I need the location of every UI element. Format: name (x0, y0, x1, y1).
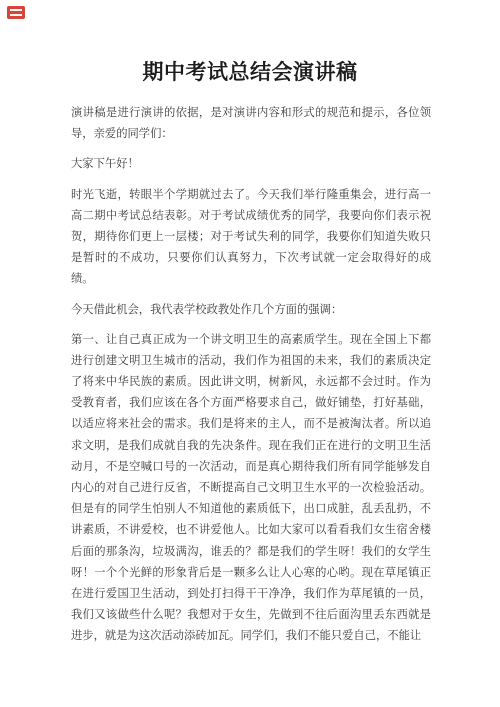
paragraph: 时光飞逝，转眼半个学期就过去了。今天我们举行隆重集会，进行高一高二期中考试总结表… (71, 185, 431, 291)
document-title: 期中考试总结会演讲稿 (0, 57, 500, 88)
text-line: 内心的对自己进行反省，不断提高自己文明卫生水平的一次检验活动。 (71, 478, 431, 499)
text-line: 求文明，是我们成就自我的先决条件。现在我们正在进行的文明卫生活 (71, 436, 431, 457)
text-line: 大家下午好！ (71, 154, 431, 175)
site-logo-icon (7, 6, 25, 19)
document-body: 演讲稿是进行演讲的依据，是对演讲内容和形式的规范和提示，各位领导，亲爱的同学们：… (71, 103, 431, 657)
text-line: 第一、让自己真正成为一个讲文明卫生的高素质学生。现在全国上下都 (71, 330, 431, 351)
text-line: 我们又该做些什么呢？我想对于女生，先做到不往后面沟里丢东西就是 (71, 605, 431, 626)
paragraph: 演讲稿是进行演讲的依据，是对演讲内容和形式的规范和提示，各位领导，亲爱的同学们： (71, 103, 431, 145)
text-line: 了将来中华民族的素质。因此讲文明，树新风，永远都不会过时。作为 (71, 372, 431, 393)
text-line: 在进行爱国卫生活动，到处打扫得干干净净，我们作为草尾镇的一员， (71, 584, 431, 605)
text-line: 动月，不是空喊口号的一次活动，而是真心期待我们所有同学能够发自 (71, 457, 431, 478)
text-line: 时光飞逝，转眼半个学期就过去了。今天我们举行隆重集会，进行高一 (71, 185, 431, 206)
paragraph: 大家下午好！ (71, 154, 431, 175)
text-line: 呀！一个个光鲜的形象背后是一颗多么让人心寒的心哟。现在草尾镇正 (71, 563, 431, 584)
text-line: 受教育者，我们应该在各个方面严格要求自己，做好铺垫，打好基础， (71, 393, 431, 414)
text-line: 进行创建文明卫生城市的活动，我们作为祖国的未来，我们的素质决定 (71, 351, 431, 372)
text-line: 进步，就是为这次活动添砖加瓦。同学们，我们不能只爱自己，不能让 (71, 626, 431, 647)
logo-mark (10, 9, 22, 11)
document-page: 期中考试总结会演讲稿 演讲稿是进行演讲的依据，是对演讲内容和形式的规范和提示，各… (0, 0, 500, 707)
text-line: 是暂时的不成功，只要你们认真努力，下次考试就一定会取得好的成 (71, 248, 431, 269)
text-line: 高二期中考试总结表彰。对于考试成绩优秀的同学，我要向你们表示祝 (71, 206, 431, 227)
text-line: 绩。 (71, 269, 431, 290)
text-line: 讲素质，不讲爱校，也不讲爱他人。比如大家可以看看我们女生宿舍楼 (71, 520, 431, 541)
text-line: 贺，期待你们更上一层楼；对于考试失利的同学，我要你们知道失败只 (71, 227, 431, 248)
paragraph: 第一、让自己真正成为一个讲文明卫生的高素质学生。现在全国上下都进行创建文明卫生城… (71, 330, 431, 648)
text-line: 以适应将来社会的需求。我们是将来的主人，而不是被淘汰者。所以追 (71, 414, 431, 435)
text-line: 今天借此机会，我代表学校政教处作几个方面的强调： (71, 300, 431, 321)
text-line: 但是有的同学生怕别人不知道他的素质低下，出口成脏，乱丢乱扔，不 (71, 499, 431, 520)
text-line: 后面的那条沟，垃圾满沟，谁丢的？都是我们的学生呀！我们的女学生 (71, 542, 431, 563)
paragraph: 今天借此机会，我代表学校政教处作几个方面的强调： (71, 300, 431, 321)
text-line: 演讲稿是进行演讲的依据，是对演讲内容和形式的规范和提示，各位领 (71, 103, 431, 124)
text-line: 导，亲爱的同学们： (71, 124, 431, 145)
